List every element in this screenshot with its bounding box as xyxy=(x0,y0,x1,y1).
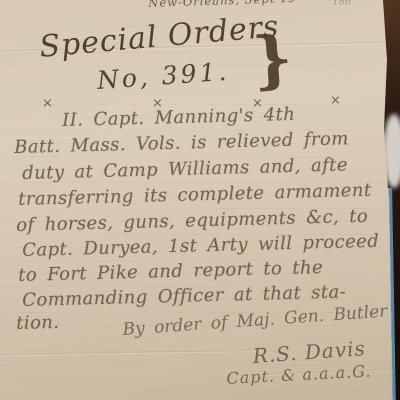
paper-crease xyxy=(0,350,262,357)
body-line: Capt. Duryea, 1st Arty will proceed xyxy=(22,231,379,261)
body-line: transferring its complete armament xyxy=(18,180,372,210)
heading-brace: } xyxy=(250,21,295,97)
dateline-year-fragment: 186 xyxy=(332,0,352,8)
document-paper: New-Orleans, Sept 19 186 Special Orders … xyxy=(0,0,400,400)
body-line: Commanding Officer at that sta- xyxy=(22,282,346,311)
photo-scene: New-Orleans, Sept 19 186 Special Orders … xyxy=(0,0,400,400)
heading-special-orders: Special Orders xyxy=(38,9,281,65)
body-line: tion. xyxy=(16,312,60,334)
signature-title: Capt. & a.a.a.G. xyxy=(226,361,372,388)
body-line: duty at Camp Williams and, afte xyxy=(22,154,348,184)
section-mark: × xyxy=(42,96,53,111)
section-mark: × xyxy=(330,93,341,108)
body-line: to Fort Pike and report to the xyxy=(18,257,323,286)
body-line: Batt. Mass. Vols. is relieved from xyxy=(14,128,349,158)
heading-order-number: No, 391. xyxy=(96,57,230,95)
body-line: II. Capt. Manning's 4th xyxy=(62,104,295,131)
